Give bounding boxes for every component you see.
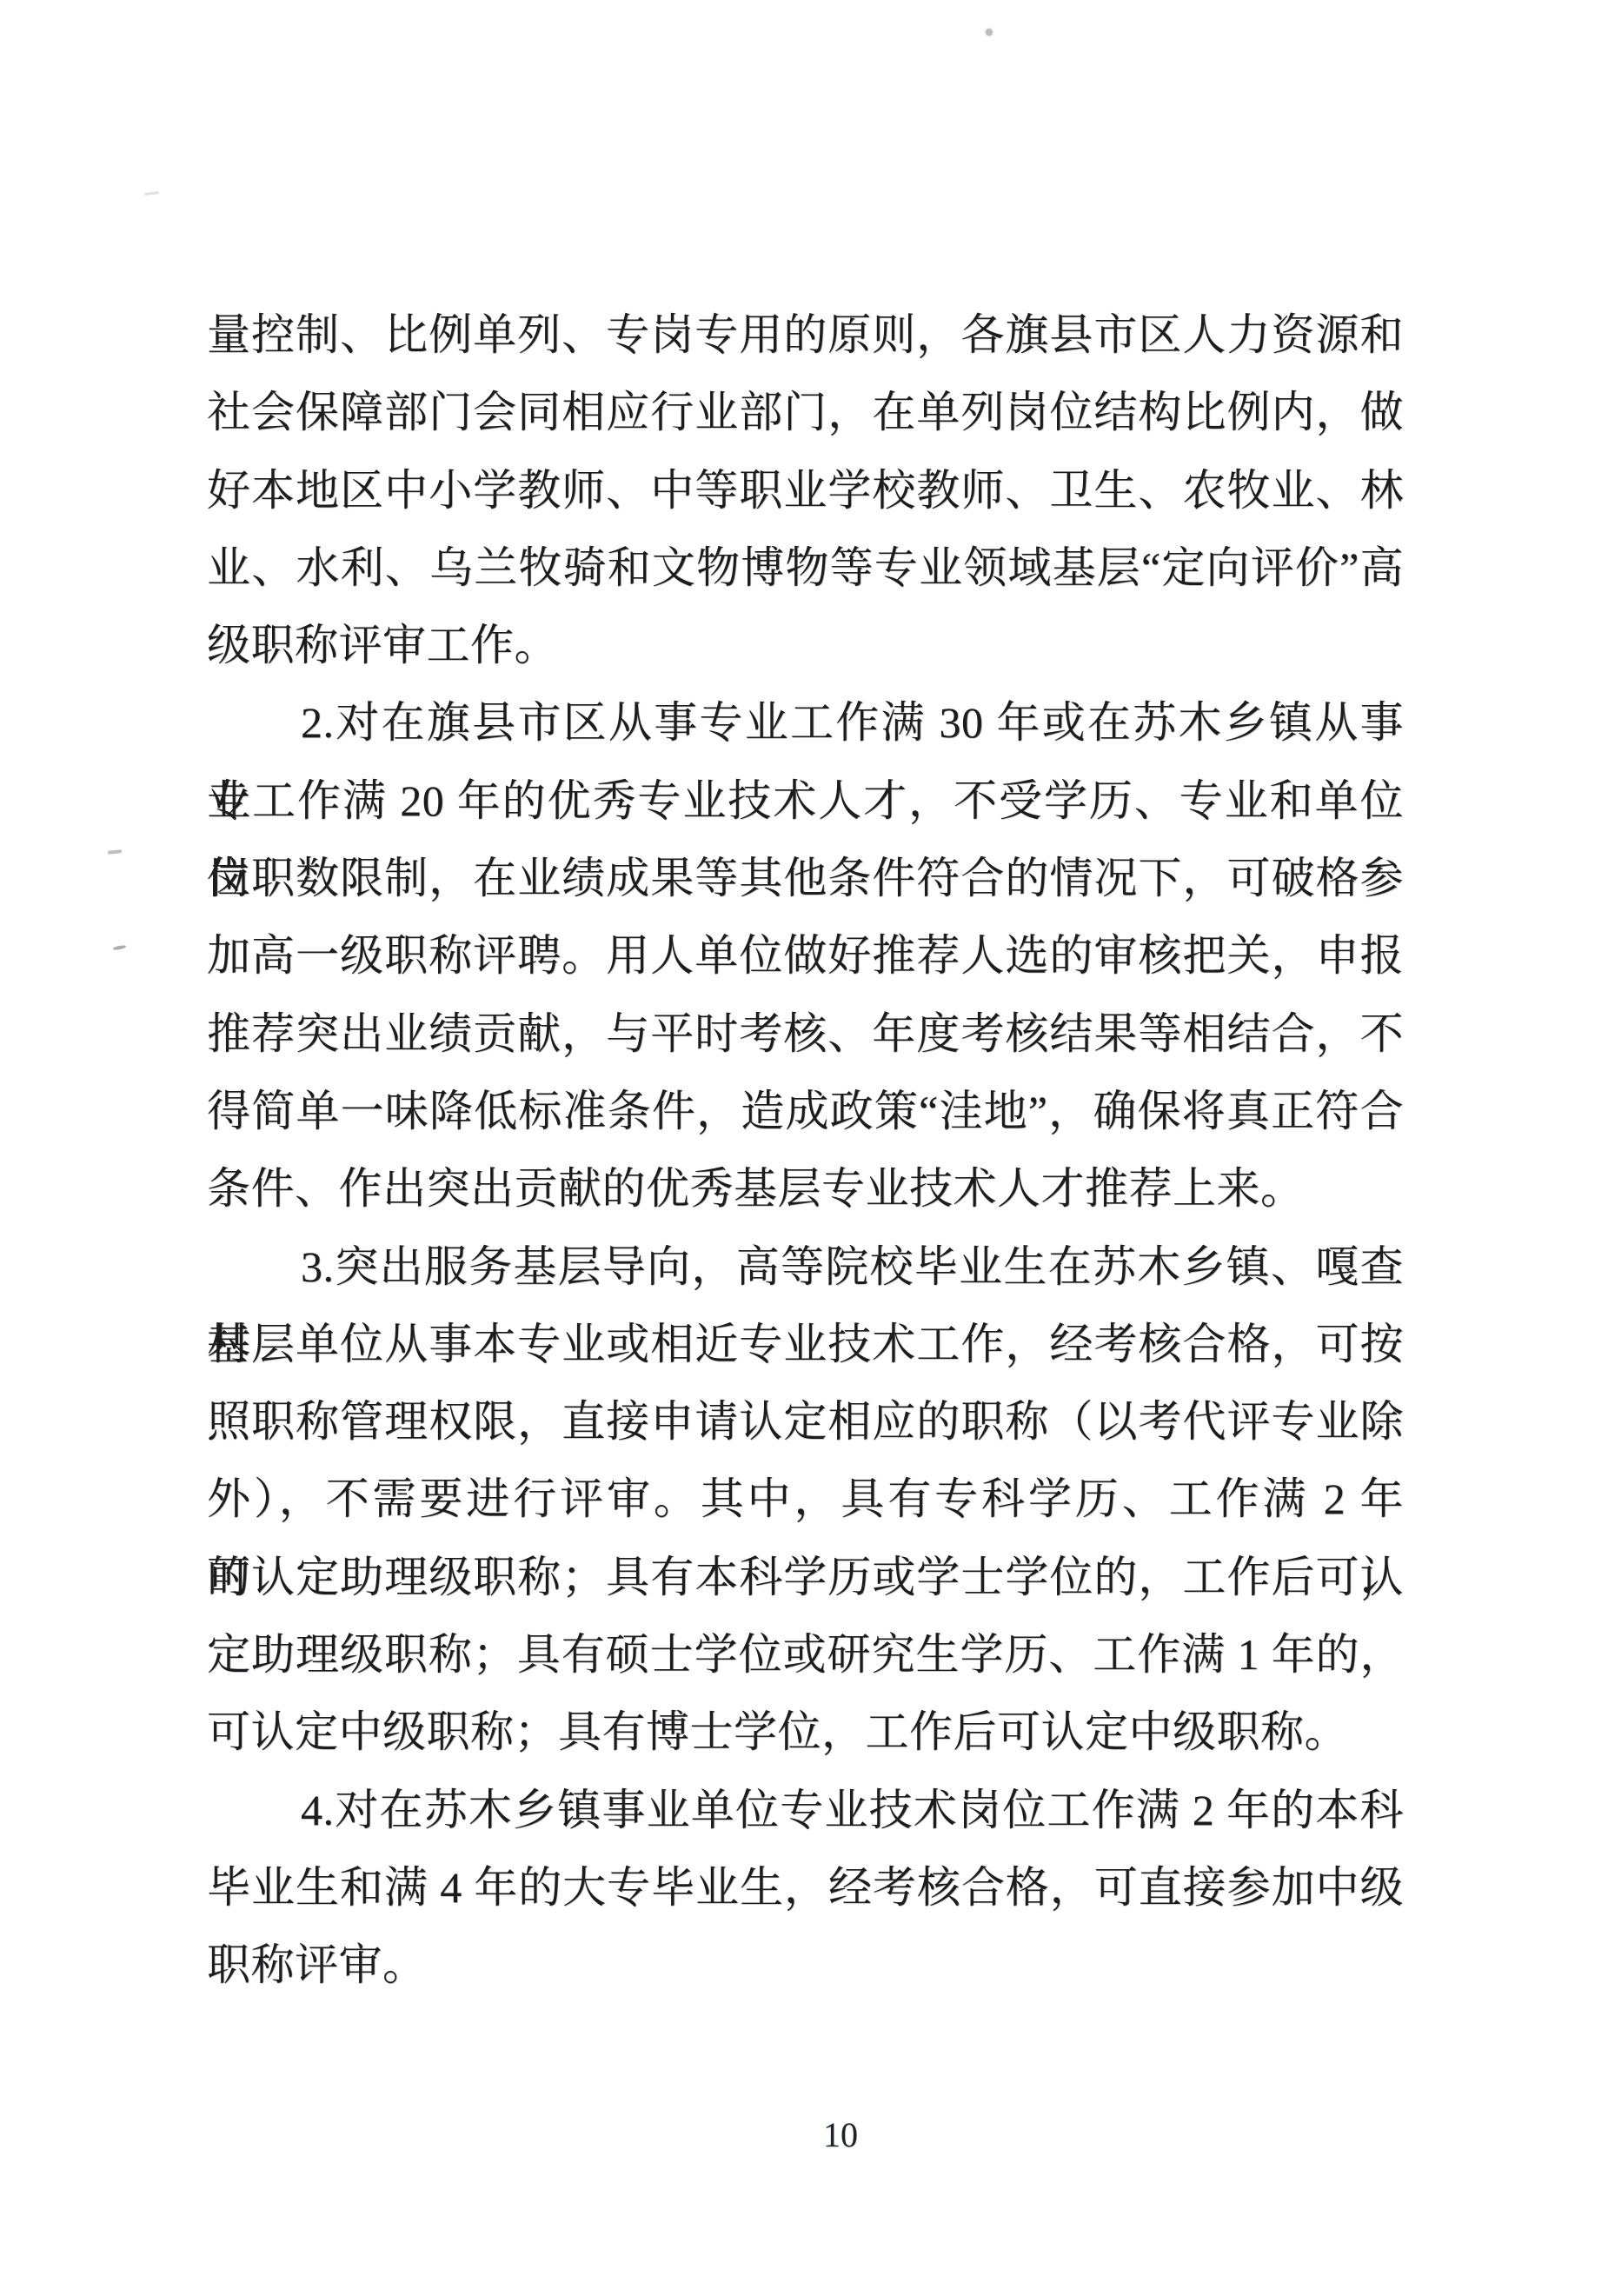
text-line: 社会保障部门会同相应行业部门，在单列岗位结构比例内，做 xyxy=(207,374,1404,451)
text-line: 业工作满 20 年的优秀专业技术人才，不受学历、专业和单位岗 xyxy=(207,762,1404,840)
text-line: 可认定助理级职称；具有本科学历或学士学位的，工作后可认 xyxy=(207,1539,1404,1616)
text-line: 推荐突出业绩贡献，与平时考核、年度考核结果等相结合，不 xyxy=(207,995,1404,1073)
text-line: 业、水利、乌兰牧骑和文物博物等专业领域基层“定向评价”高 xyxy=(207,529,1404,607)
text-line: 基层单位从事本专业或相近专业技术工作，经考核合格，可按 xyxy=(207,1306,1404,1383)
text-line: 加高一级职称评聘。用人单位做好推荐人选的审核把关，申报 xyxy=(207,917,1404,995)
text-line: 量控制、比例单列、专岗专用的原则，各旗县市区人力资源和 xyxy=(207,296,1404,374)
document-page: 量控制、比例单列、专岗专用的原则，各旗县市区人力资源和社会保障部门会同相应行业部… xyxy=(0,0,1608,2296)
text-line: 3.突出服务基层导向，高等院校毕业生在苏木乡镇、嘎查村 xyxy=(207,1228,1404,1306)
scan-mark-lower-left xyxy=(113,945,126,951)
text-line: 得简单一味降低标准条件，造成政策“洼地”，确保将真正符合 xyxy=(207,1073,1404,1150)
page-number: 10 xyxy=(797,2114,884,2156)
text-line: 定助理级职称；具有硕士学位或研究生学历、工作满 1 年的， xyxy=(207,1616,1404,1694)
text-line: 级职称评审工作。 xyxy=(207,607,1404,684)
text-line: 位职数限制，在业绩成果等其他条件符合的情况下，可破格参 xyxy=(207,840,1404,917)
scan-speck xyxy=(986,29,993,36)
text-line: 条件、作出突出贡献的优秀基层专业技术人才推荐上来。 xyxy=(207,1150,1404,1228)
text-line: 2.对在旗县市区从事专业工作满 30 年或在苏木乡镇从事专 xyxy=(207,684,1404,762)
text-line: 毕业生和满 4 年的大专毕业生，经考核合格，可直接参加中级 xyxy=(207,1849,1404,1927)
text-block: 量控制、比例单列、专岗专用的原则，各旗县市区人力资源和社会保障部门会同相应行业部… xyxy=(207,296,1404,2005)
scan-mark-top-left xyxy=(144,191,159,196)
text-line: 4.对在苏木乡镇事业单位专业技术岗位工作满 2 年的本科 xyxy=(207,1772,1404,1849)
text-line: 照职称管理权限，直接申请认定相应的职称（以考代评专业除 xyxy=(207,1383,1404,1461)
text-line: 外），不需要进行评审。其中，具有专科学历、工作满 2 年的， xyxy=(207,1461,1404,1538)
text-line: 好本地区中小学教师、中等职业学校教师、卫生、农牧业、林 xyxy=(207,452,1404,529)
scan-mark-mid-left xyxy=(108,849,122,855)
text-line: 职称评审。 xyxy=(207,1927,1404,2004)
text-line: 可认定中级职称；具有博士学位，工作后可认定中级职称。 xyxy=(207,1694,1404,1771)
